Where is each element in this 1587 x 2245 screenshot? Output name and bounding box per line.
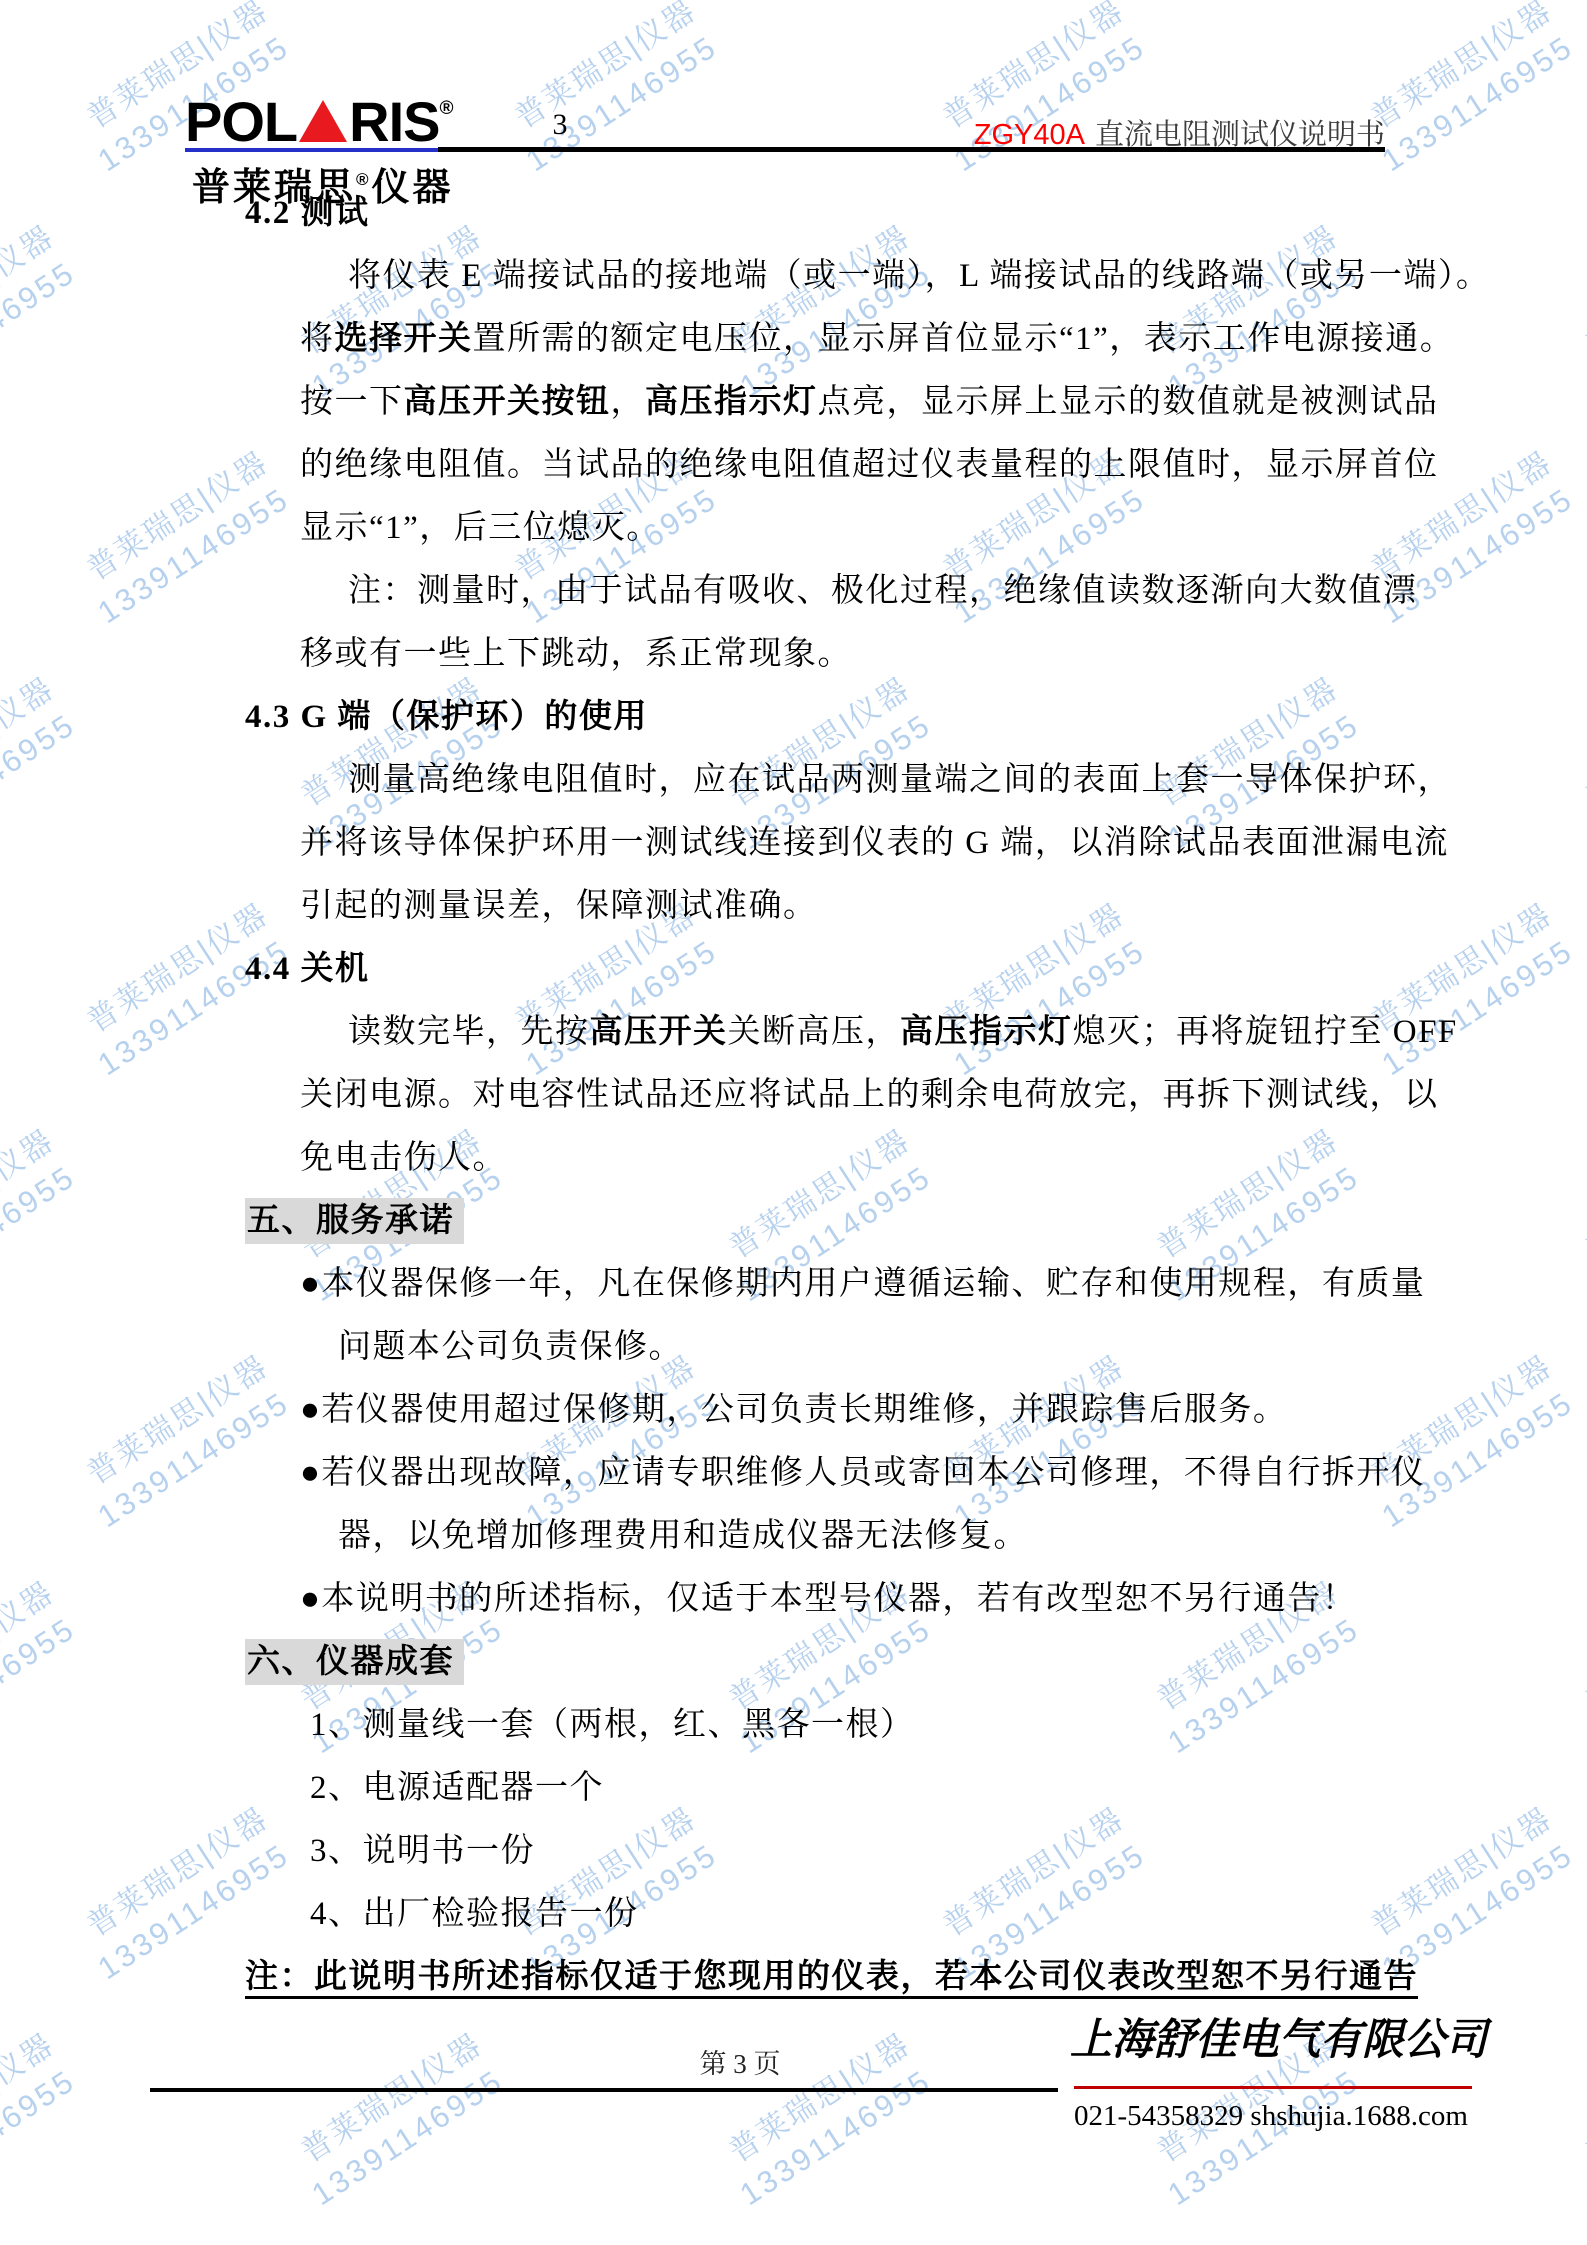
section-heading: 4.3 G 端（保护环）的使用 xyxy=(245,686,1395,749)
bullet-line: ●若仪器使用超过保修期，公司负责长期维修，并跟踪售后服务。 xyxy=(300,1379,1395,1442)
paragraph-line: 测量高绝缘电阻值时，应在试品两测量端之间的表面上套一导体保护环， xyxy=(300,749,1395,812)
company-contact: 021-54358329 shshujia.1688.com xyxy=(1074,2100,1474,2133)
footer-rule xyxy=(150,2088,1058,2092)
watermark-text: 普莱瑞思|仪器13391146955 xyxy=(1577,1120,1587,1304)
paragraph-line: 免电击伤人。 xyxy=(300,1127,1395,1190)
paragraph-line: 读数完毕，先按高压开关关断高压，高压指示灯熄灭；再将旋钮拧至 OFF xyxy=(300,1001,1395,1064)
watermark-text: 普莱瑞思|仪器13391146955 xyxy=(293,2024,513,2208)
list-item: 4、出厂检验报告一份 xyxy=(310,1883,1395,1946)
paragraph-line: 按一下高压开关按钮，高压指示灯点亮，显示屏上显示的数值就是被测试品 xyxy=(300,371,1395,434)
list-item: 2、电源适配器一个 xyxy=(310,1757,1395,1820)
registered-mark: ® xyxy=(439,98,453,119)
section-heading: 4.2 测试 xyxy=(245,182,1395,245)
watermark-text: 普莱瑞思|仪器13391146955 xyxy=(1363,0,1583,174)
paragraph-line: 移或有一些上下跳动，系正常现象。 xyxy=(300,623,1395,686)
watermark-text: 普莱瑞思|仪器13391146955 xyxy=(0,216,85,400)
red-triangle-icon xyxy=(299,100,347,142)
bullet-line: 器，以免增加修理费用和造成仪器无法修复。 xyxy=(300,1505,1395,1568)
section-heading-highlighted: 六、仪器成套 xyxy=(245,1631,1395,1694)
bottom-note: 注：此说明书所述指标仅适于您现用的仪表，若本公司仪表改型恕不另行通告 xyxy=(245,1946,1395,2009)
watermark-text: 普莱瑞思|仪器13391146955 xyxy=(1577,1572,1587,1756)
logo-text-left: POL xyxy=(185,90,297,153)
paragraph-line: 引起的测量误差，保障测试准确。 xyxy=(300,875,1395,938)
paragraph-line: 的绝缘电阻值。当试品的绝缘电阻值超过仪表量程的上限值时，显示屏首位 xyxy=(300,434,1395,497)
logo-text-right: RIS xyxy=(349,90,439,153)
bullet-line: 问题本公司负责保修。 xyxy=(300,1316,1395,1379)
watermark-text: 普莱瑞思|仪器13391146955 xyxy=(0,2024,85,2208)
document-title: ZGY40A直流电阻测试仪说明书 xyxy=(974,112,1385,153)
section-heading-highlighted: 五、服务承诺 xyxy=(245,1190,1395,1253)
watermark-text: 普莱瑞思|仪器13391146955 xyxy=(1363,1346,1583,1530)
section-heading: 4.4 关机 xyxy=(245,938,1395,1001)
model-number: ZGY40A xyxy=(974,119,1085,151)
watermark-text: 普莱瑞思|仪器13391146955 xyxy=(0,668,85,852)
list-item: 3、说明书一份 xyxy=(310,1820,1395,1883)
bullet-line: ●若仪器出现故障，应请专职维修人员或寄回本公司修理，不得自行拆开仪 xyxy=(300,1442,1395,1505)
company-underline xyxy=(1074,2086,1472,2089)
paragraph-line: 将选择开关置所需的额定电压位，显示屏首位显示“1”，表示工作电源接通。 xyxy=(300,308,1395,371)
footer-page-label: 第 3 页 xyxy=(630,2042,850,2081)
paragraph-line: 显示“1”，后三位熄灭。 xyxy=(300,497,1395,560)
polaris-logo: POLRIS® xyxy=(185,94,453,150)
paragraph-line: 关闭电源。对电容性试品还应将试品上的剩余电荷放完，再拆下测试线，以 xyxy=(300,1064,1395,1127)
manual-page: 普莱瑞思|仪器13391146955普莱瑞思|仪器13391146955普莱瑞思… xyxy=(0,0,1587,2245)
company-name: 上海舒佳电气有限公司 xyxy=(1070,2006,1477,2067)
list-item: 1、测量线一套（两根，红、黑各一根） xyxy=(310,1694,1395,1757)
watermark-text: 普莱瑞思|仪器13391146955 xyxy=(0,1572,85,1756)
bullet-line: ●本说明书的所述指标，仅适于本型号仪器，若有改型恕不另行通告！ xyxy=(300,1568,1395,1631)
watermark-text: 普莱瑞思|仪器13391146955 xyxy=(0,1120,85,1304)
bullet-line: ●本仪器保修一年，凡在保修期内用户遵循运输、贮存和使用规程，有质量 xyxy=(300,1253,1395,1316)
watermark-text: 普莱瑞思|仪器13391146955 xyxy=(1363,1798,1583,1982)
watermark-text: 普莱瑞思|仪器13391146955 xyxy=(1577,216,1587,400)
paragraph-line: 注：测量时，由于试品有吸收、极化过程，绝缘值读数逐渐向大数值漂 xyxy=(300,560,1395,623)
document-title-text: 直流电阻测试仪说明书 xyxy=(1095,119,1385,151)
watermark-text: 普莱瑞思|仪器13391146955 xyxy=(1577,2024,1587,2208)
document-body: 4.2 测试将仪表 E 端接试品的接地端（或一端），L 端接试品的线路端（或另一… xyxy=(245,182,1395,2009)
watermark-text: 普莱瑞思|仪器13391146955 xyxy=(1577,668,1587,852)
paragraph-line: 将仪表 E 端接试品的接地端（或一端），L 端接试品的线路端（或另一端）。 xyxy=(300,245,1395,308)
header-page-number: 3 xyxy=(520,108,600,142)
paragraph-line: 并将该导体保护环用一测试线连接到仪表的 G 端，以消除试品表面泄漏电流 xyxy=(300,812,1395,875)
logo-underline xyxy=(185,148,438,152)
